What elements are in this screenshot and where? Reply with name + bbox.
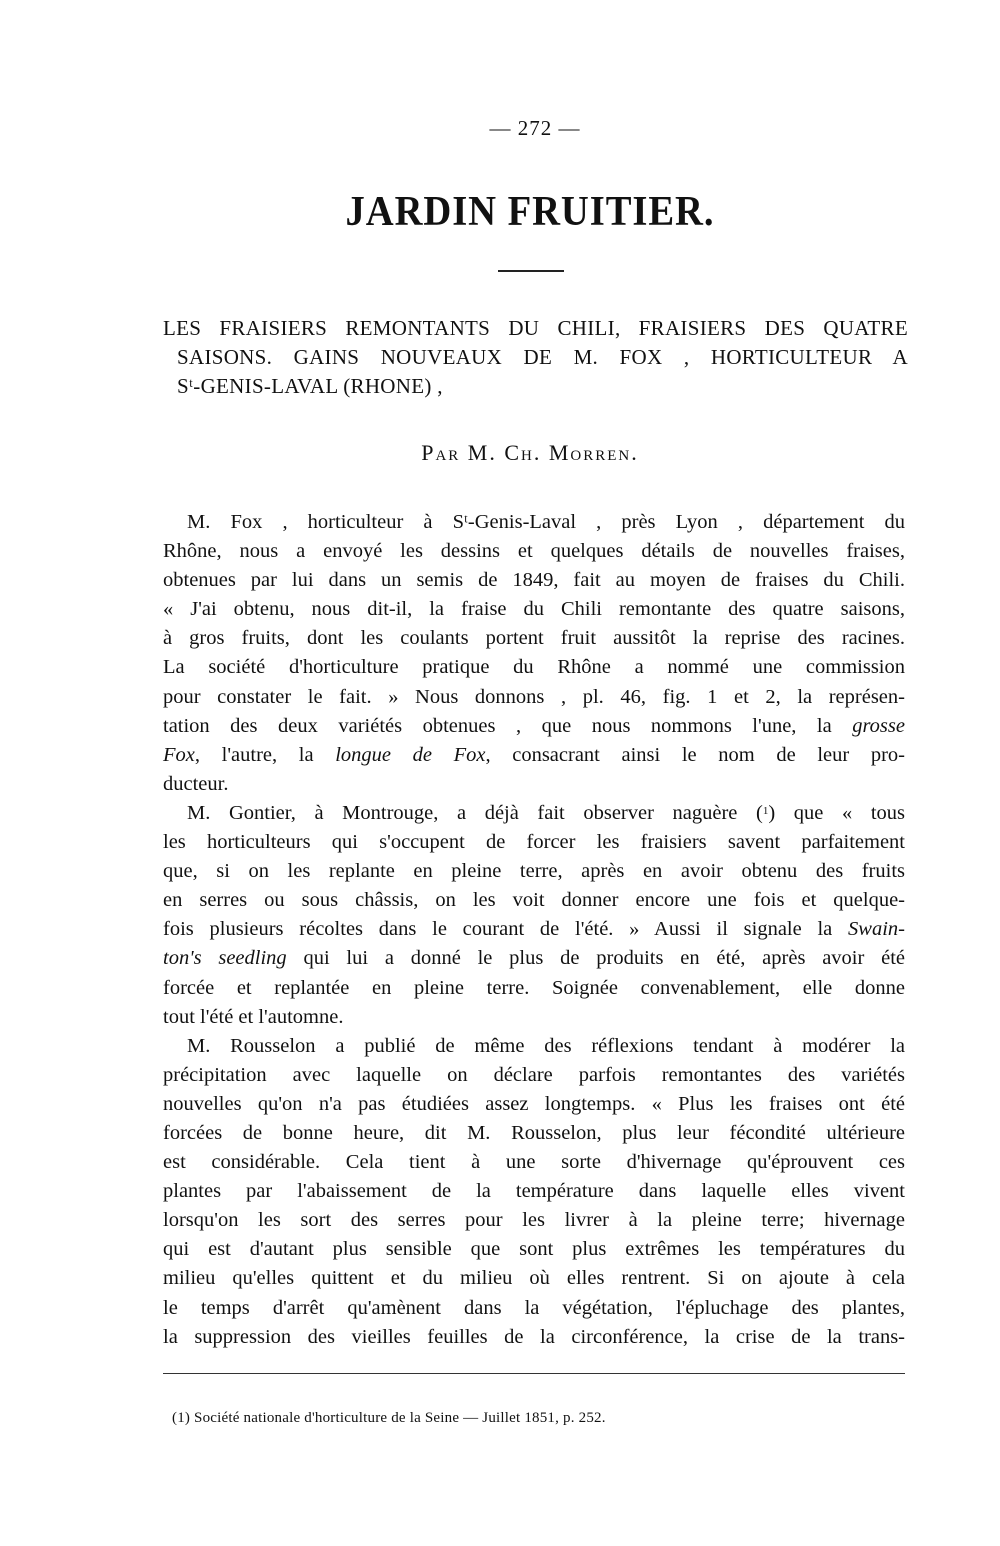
page-number: — 272 — bbox=[0, 116, 1000, 141]
paragraph-line: en serres ou sous châssis, on les voit d… bbox=[163, 886, 905, 915]
paragraph-line: M. Fox , horticulteur à Sᵗ-Genis-Laval ,… bbox=[163, 508, 905, 537]
paragraph-line: tation des deux variétés obtenues , que … bbox=[163, 712, 905, 741]
article-title-line: LES FRAISIERS REMONTANTS DU CHILI, FRAIS… bbox=[163, 314, 908, 343]
text-run: tation des deux variétés obtenues , que … bbox=[163, 715, 852, 737]
paragraph-line: milieu qu'elles quittent et du milieu où… bbox=[163, 1264, 905, 1293]
text-run: , l'autre, la bbox=[195, 744, 335, 766]
paragraph-line: La société d'horticulture pratique du Rh… bbox=[163, 653, 905, 682]
text-run: , consacrant ainsi le nom de leur pro- bbox=[485, 744, 905, 766]
paragraph-line: à gros fruits, dont les coulants portent… bbox=[163, 624, 905, 653]
paragraph-line: est considérable. Cela tient à une sorte… bbox=[163, 1148, 905, 1177]
italic-variety-name: grosse bbox=[852, 715, 905, 737]
footnote-rule bbox=[163, 1373, 905, 1374]
paragraph-line: Fox, l'autre, la longue de Fox, consacra… bbox=[163, 741, 905, 770]
paragraph-line: le temps d'arrêt qu'amènent dans la végé… bbox=[163, 1294, 905, 1323]
text-run: ) que « tous bbox=[768, 802, 905, 824]
paragraph-line: nouvelles qu'on n'a pas étudiées assez l… bbox=[163, 1090, 905, 1119]
paragraph-line: obtenues par lui dans un semis de 1849, … bbox=[163, 566, 905, 595]
paragraph-line: pour constater le fait. » Nous donnons ,… bbox=[163, 683, 905, 712]
footnote-reference[interactable]: 1 bbox=[763, 805, 769, 817]
paragraph-line: « J'ai obtenu, nous dit-il, la fraise du… bbox=[163, 595, 905, 624]
byline: Par M. Ch. Morren. bbox=[0, 440, 1000, 466]
paragraph-line: Rhône, nous a envoyé les dessins et quel… bbox=[163, 537, 905, 566]
title-rule bbox=[498, 270, 564, 272]
paragraph-line: M. Rousselon a publié de même des réflex… bbox=[163, 1032, 905, 1061]
section-title: JARDIN FRUITIER. bbox=[42, 188, 1000, 236]
text-run: fois plusieurs récoltes dans le courant … bbox=[163, 918, 848, 940]
text-run: M. Gontier, à Montrouge, a déjà fait obs… bbox=[187, 802, 763, 824]
paragraph-line: que, si on les replante en pleine terre,… bbox=[163, 857, 905, 886]
italic-variety-name: Swain- bbox=[848, 918, 905, 940]
footnote: (1) Société nationale d'horticulture de … bbox=[172, 1410, 606, 1427]
paragraph-line: ducteur. bbox=[163, 770, 905, 799]
paragraph-line: lorsqu'on les sort des serres pour les l… bbox=[163, 1206, 905, 1235]
article-title: LES FRAISIERS REMONTANTS DU CHILI, FRAIS… bbox=[163, 314, 908, 401]
italic-variety-name: ton's seedling bbox=[163, 947, 287, 969]
paragraph-line: précipitation avec laquelle on déclare p… bbox=[163, 1061, 905, 1090]
paragraph-line: les horticulteurs qui s'occupent de forc… bbox=[163, 828, 905, 857]
italic-variety-name: longue de Fox bbox=[335, 744, 485, 766]
paragraph-line: fois plusieurs récoltes dans le courant … bbox=[163, 915, 905, 944]
paragraph-line: M. Gontier, à Montrouge, a déjà fait obs… bbox=[163, 799, 905, 828]
article-title-line: SAISONS. GAINS NOUVEAUX DE M. FOX , HORT… bbox=[163, 343, 908, 372]
paragraph-line: qui est d'autant plus sensible que sont … bbox=[163, 1235, 905, 1264]
text-run: qui lui a donné le plus de produits en é… bbox=[287, 947, 905, 969]
paragraph-line: forcées de bonne heure, dit M. Rousselon… bbox=[163, 1119, 905, 1148]
paragraph-line: forcée et replantée en pleine terre. Soi… bbox=[163, 974, 905, 1003]
article-title-line: Sᵗ-GENIS-LAVAL (RHONE) , bbox=[163, 372, 908, 401]
paragraph-line: la suppression des vieilles feuilles de … bbox=[163, 1323, 905, 1352]
paragraph-line: plantes par l'abaissement de la températ… bbox=[163, 1177, 905, 1206]
paragraph-line: tout l'été et l'automne. bbox=[163, 1003, 905, 1032]
body-text: M. Fox , horticulteur à Sᵗ-Genis-Laval ,… bbox=[163, 508, 905, 1352]
italic-variety-name: Fox bbox=[163, 744, 195, 766]
paragraph-line: ton's seedling qui lui a donné le plus d… bbox=[163, 944, 905, 973]
